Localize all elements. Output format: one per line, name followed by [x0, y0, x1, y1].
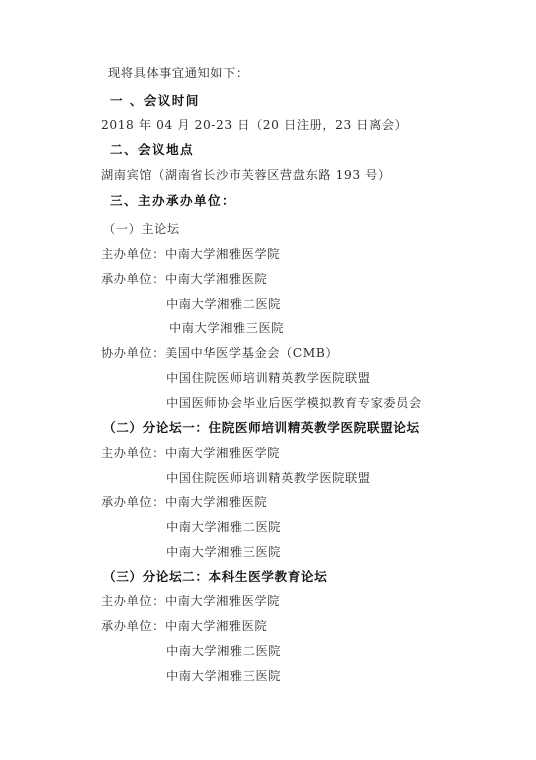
organizer-value: 中南大学湘雅三医院	[169, 320, 284, 336]
section-heading-organizers: 三、主办承办单位：	[110, 193, 236, 209]
organizer-row: 承办单位：中南大学湘雅医院	[101, 494, 267, 510]
section-heading-time: 一 、会议时间	[110, 93, 200, 109]
section-heading-location: 二、会议地点	[110, 142, 194, 158]
organizer-label: 承办单位：	[101, 618, 165, 634]
host-label: 主办单位：	[101, 593, 165, 609]
intro-text: 现将具体事宜通知如下：	[108, 65, 249, 81]
co-organizer-value: 中国住院医师培训精英教学医院联盟	[166, 370, 371, 386]
host-label: 主办单位：	[101, 445, 165, 461]
co-organizer-value: 中国医师协会毕业后医学模拟教育专家委员会	[166, 395, 422, 411]
organizer-value: 中南大学湘雅二医院	[166, 519, 281, 535]
forum-title-sub2: （三）分论坛二：本科生医学教育论坛	[103, 569, 327, 585]
host-value: 中南大学湘雅医学院	[165, 247, 280, 261]
host-row: 主办单位：中南大学湘雅医学院	[101, 445, 280, 461]
organizer-value: 中南大学湘雅二医院	[166, 643, 281, 659]
host-value: 中南大学湘雅医学院	[165, 446, 280, 460]
meeting-location-text: 湖南宾馆（湖南省长沙市芙蓉区营盘东路 193 号）	[101, 167, 391, 183]
organizer-value: 中南大学湘雅医院	[165, 619, 267, 633]
host-row: 主办单位：中南大学湘雅医学院	[101, 593, 280, 609]
organizer-row: 承办单位：中南大学湘雅医院	[101, 618, 267, 634]
host-value: 中南大学湘雅医学院	[165, 594, 280, 608]
host-value: 中国住院医师培训精英教学医院联盟	[166, 470, 371, 486]
organizer-row: 承办单位：中南大学湘雅医院	[101, 271, 267, 287]
organizer-value: 中南大学湘雅三医院	[166, 668, 281, 684]
organizer-label: 承办单位：	[101, 271, 165, 287]
host-row: 主办单位：中南大学湘雅医学院	[101, 246, 280, 262]
co-organizer-row: 协办单位：美国中华医学基金会（CMB）	[101, 345, 338, 361]
co-organizer-value: 美国中华医学基金会（CMB）	[165, 346, 338, 360]
organizer-value: 中南大学湘雅医院	[165, 272, 267, 286]
host-label: 主办单位：	[101, 246, 165, 262]
organizer-value: 中南大学湘雅医院	[165, 495, 267, 509]
organizer-label: 承办单位：	[101, 494, 165, 510]
forum-title-sub1: （二）分论坛一：住院医师培训精英教学医院联盟论坛	[103, 420, 420, 436]
co-organizer-label: 协办单位：	[101, 345, 165, 361]
meeting-time-text: 2018 年 04 月 20-23 日（20 日注册，23 日离会）	[101, 117, 407, 133]
organizer-value: 中南大学湘雅二医院	[166, 296, 281, 312]
organizer-value: 中南大学湘雅三医院	[166, 544, 281, 560]
forum-title-main: （一）主论坛	[103, 221, 180, 237]
